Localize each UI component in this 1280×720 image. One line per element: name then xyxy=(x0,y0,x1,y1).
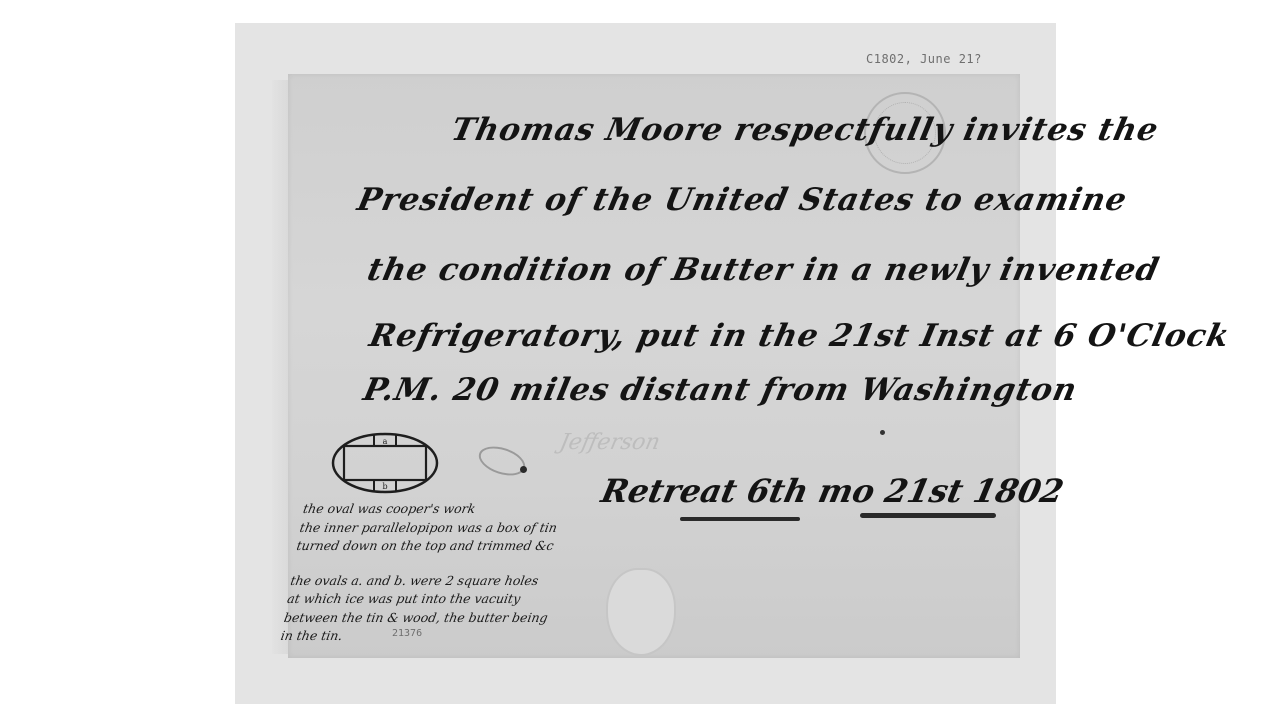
oval-box-diagram-icon: a b xyxy=(330,432,440,496)
refrigeratory-diagram: a b xyxy=(330,432,440,500)
note-line: the oval was cooper's work xyxy=(302,500,615,519)
marginal-notes: the oval was cooper's work the inner par… xyxy=(279,500,615,646)
diagram-label-b: b xyxy=(382,482,387,491)
note-line: turned down on the top and trimmed &c xyxy=(295,537,608,556)
ink-dot xyxy=(880,430,885,435)
letter-line: President of the United States to examin… xyxy=(354,182,1130,218)
note-line: at which ice was put into the vacuity xyxy=(286,590,599,609)
note-line: in the tin. xyxy=(279,627,592,646)
flourish-underline xyxy=(680,517,800,521)
place-date-signoff: Retreat 6th mo 21st 1802 xyxy=(598,472,1067,510)
note-gap xyxy=(292,556,605,572)
letter-line: Refrigeratory, put in the 21st Inst at 6… xyxy=(366,318,1233,354)
letter-line: the condition of Butter in a newly inven… xyxy=(364,252,1163,288)
diagram-label-a: a xyxy=(383,437,388,446)
accession-number: 21376 xyxy=(392,628,422,639)
note-line: the ovals a. and b. were 2 square holes xyxy=(289,572,602,591)
paper-stain xyxy=(606,568,676,656)
letter-line: P.M. 20 miles distant from Washington xyxy=(360,372,1080,408)
ink-dot xyxy=(520,466,527,473)
flourish-underline xyxy=(860,513,996,518)
letter-line: Thomas Moore respectfully invites the xyxy=(448,112,1162,148)
note-line: the inner parallelopipon was a box of ti… xyxy=(298,519,611,538)
bleed-through-text: Jefferson xyxy=(557,430,662,455)
note-line: between the tin & wood, the butter being xyxy=(282,609,595,628)
